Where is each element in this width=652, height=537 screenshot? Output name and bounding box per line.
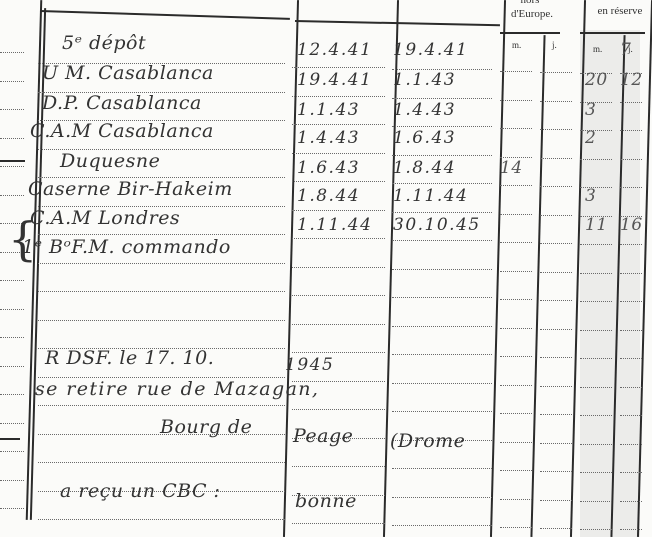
dotted-ruling — [500, 271, 532, 272]
row-to-date: 1.8.44 — [393, 158, 456, 178]
note-line3-a: Bourg de — [160, 416, 252, 438]
dotted-ruling — [620, 501, 642, 502]
dotted-ruling — [540, 443, 572, 444]
dotted-ruling — [580, 472, 612, 473]
dotted-ruling — [580, 444, 612, 445]
margin-ruling — [0, 480, 24, 481]
dotted-ruling — [38, 320, 285, 321]
dotted-ruling — [540, 471, 572, 472]
dotted-ruling — [540, 528, 572, 529]
dotted-ruling — [500, 299, 532, 300]
dotted-ruling — [500, 328, 532, 329]
dotted-ruling — [392, 525, 492, 526]
header-reserve: en réserve — [585, 5, 652, 17]
left-margin-line-2 — [0, 438, 20, 440]
dotted-ruling — [620, 472, 642, 473]
dotted-ruling — [292, 352, 385, 353]
dotted-ruling — [620, 102, 642, 103]
dotted-ruling — [292, 409, 385, 410]
margin-ruling — [0, 195, 24, 196]
dotted-ruling — [580, 358, 612, 359]
row-unit: U M. Casablanca — [42, 62, 214, 84]
row-to-date: 30.10.45 — [393, 215, 481, 235]
row-unit: D.P. Casablanca — [42, 92, 202, 114]
dotted-ruling — [580, 501, 612, 502]
dotted-ruling — [620, 159, 642, 160]
sub-europe-m: m. — [512, 40, 521, 50]
note-line2: se retire rue de Mazagan, — [35, 378, 319, 400]
row-to-date: 1.1.43 — [393, 70, 456, 90]
note-line4-a: a reçu un CBC : — [60, 480, 220, 502]
dotted-ruling — [392, 126, 492, 127]
dotted-ruling — [500, 100, 532, 101]
dotted-ruling — [500, 470, 532, 471]
left-margin-line — [0, 160, 25, 162]
note-line1-a: R DSF. le 17. 10. — [45, 347, 214, 369]
row-from-date: 19.4.41 — [297, 70, 372, 90]
dotted-ruling — [540, 129, 572, 130]
dotted-ruling — [620, 244, 642, 245]
dotted-ruling — [392, 240, 492, 241]
row-to-date: 1.11.44 — [393, 186, 468, 206]
dotted-ruling — [540, 357, 572, 358]
dotted-ruling — [292, 210, 385, 211]
dotted-ruling — [540, 329, 572, 330]
row-unit: 1ᵉ BᵒF.M. commando — [22, 236, 231, 258]
dotted-ruling — [540, 414, 572, 415]
header-underline-reserve — [580, 32, 645, 34]
dotted-ruling — [500, 242, 532, 243]
margin-ruling — [0, 508, 24, 509]
dotted-ruling — [580, 415, 612, 416]
row-unit: 5ᵉ dépôt — [62, 32, 146, 54]
dotted-ruling — [620, 130, 642, 131]
dotted-ruling — [580, 244, 612, 245]
margin-ruling — [0, 309, 24, 310]
note-line3-c: (Drome — [390, 430, 465, 452]
row-to-date: 19.4.41 — [393, 40, 468, 60]
row-unit: Caserne Bir-Hakeim — [28, 178, 233, 200]
dotted-ruling — [500, 185, 532, 186]
row-unit: C.A.M Casablanca — [30, 120, 214, 142]
dotted-ruling — [392, 212, 492, 213]
dotted-ruling — [38, 405, 285, 406]
dotted-ruling — [392, 98, 492, 99]
dotted-ruling — [500, 385, 532, 386]
row-reserve-days: 12 — [620, 70, 643, 90]
dotted-ruling — [38, 263, 285, 264]
dotted-ruling — [392, 497, 492, 498]
dotted-ruling — [580, 301, 612, 302]
dotted-ruling — [580, 387, 612, 388]
row-unit: C.A.M Londres — [30, 207, 180, 229]
margin-ruling — [0, 394, 24, 395]
row-from-date: 1.11.44 — [297, 215, 372, 235]
dotted-ruling — [38, 291, 285, 292]
grouping-brace: { — [8, 212, 37, 266]
dotted-ruling — [620, 301, 642, 302]
margin-ruling — [0, 366, 24, 367]
dotted-ruling — [540, 272, 572, 273]
dotted-ruling — [292, 466, 385, 467]
dotted-ruling — [392, 155, 492, 156]
margin-ruling — [0, 337, 24, 338]
note-line4-b: bonne — [295, 490, 357, 512]
dotted-ruling — [580, 330, 612, 331]
margin-ruling — [0, 166, 24, 167]
dotted-ruling — [540, 215, 572, 216]
dotted-ruling — [38, 462, 285, 463]
dotted-ruling — [392, 326, 492, 327]
dotted-ruling — [38, 234, 285, 235]
dotted-ruling — [540, 500, 572, 501]
dotted-ruling — [292, 238, 385, 239]
margin-ruling — [0, 138, 24, 139]
dotted-ruling — [292, 523, 385, 524]
dotted-ruling — [540, 243, 572, 244]
dotted-ruling — [500, 214, 532, 215]
row-unit: Duquesne — [60, 150, 160, 172]
col-divider-europe-mj — [530, 35, 545, 537]
dotted-ruling — [620, 330, 642, 331]
row-to-date: 1.6.43 — [393, 128, 456, 148]
dotted-ruling — [500, 413, 532, 414]
dotted-ruling — [540, 300, 572, 301]
dotted-ruling — [540, 386, 572, 387]
margin-ruling — [0, 423, 24, 424]
note-line3-b: Peage — [293, 425, 353, 447]
margin-ruling — [0, 52, 24, 53]
dotted-ruling — [500, 71, 532, 72]
dotted-ruling — [292, 267, 385, 268]
dotted-ruling — [292, 295, 385, 296]
dotted-ruling — [500, 442, 532, 443]
row-from-date: 12.4.41 — [297, 40, 372, 60]
row-from-date: 1.4.43 — [297, 128, 360, 148]
dotted-ruling — [540, 72, 572, 73]
row-reserve-months: 20 — [585, 70, 608, 90]
dotted-ruling — [620, 415, 642, 416]
dotted-ruling — [392, 183, 492, 184]
dotted-ruling — [620, 273, 642, 274]
row-from-date: 1.8.44 — [297, 186, 360, 206]
dotted-ruling — [292, 124, 385, 125]
dotted-ruling — [292, 181, 385, 182]
dotted-ruling — [292, 324, 385, 325]
margin-ruling — [0, 109, 24, 110]
col-divider-europe — [490, 0, 506, 537]
sub-reserve-m: m. — [593, 44, 602, 54]
header-europe-top: hors — [500, 0, 560, 6]
dotted-ruling — [292, 67, 385, 68]
dotted-ruling — [292, 153, 385, 154]
row-to-date: 1.4.43 — [393, 100, 456, 120]
dotted-ruling — [540, 186, 572, 187]
dotted-ruling — [392, 411, 492, 412]
dotted-ruling — [392, 383, 492, 384]
dotted-ruling — [620, 529, 642, 530]
dotted-ruling — [620, 187, 642, 188]
row-from-date: 1.1.43 — [297, 100, 360, 120]
sub-europe-j: j. — [552, 40, 557, 50]
row-reserve-months: 2 — [585, 128, 596, 148]
margin-ruling — [0, 81, 24, 82]
dotted-ruling — [500, 128, 532, 129]
row-from-date: 1.6.43 — [297, 158, 360, 178]
row-europe-months: 14 — [500, 158, 523, 178]
dotted-ruling — [292, 96, 385, 97]
dotted-ruling — [540, 158, 572, 159]
dotted-ruling — [540, 101, 572, 102]
header-europe: d'Europe. — [497, 8, 567, 20]
row-reserve-months: 11 — [585, 215, 608, 235]
dotted-ruling — [38, 519, 285, 520]
dotted-ruling — [392, 468, 492, 469]
dotted-ruling — [500, 499, 532, 500]
row-reserve-days: 16 — [620, 215, 643, 235]
row-reserve-months: 3 — [585, 100, 596, 120]
dotted-ruling — [392, 354, 492, 355]
header-underline-europe — [500, 32, 560, 34]
dotted-ruling — [500, 356, 532, 357]
margin-ruling — [0, 280, 24, 281]
dotted-ruling — [620, 387, 642, 388]
dotted-ruling — [620, 358, 642, 359]
top-border — [40, 10, 290, 19]
dotted-ruling — [392, 297, 492, 298]
row-reserve-days: 7 — [620, 40, 631, 60]
note-line1-b: 1945 — [285, 355, 334, 375]
row-reserve-months: 3 — [585, 186, 596, 206]
dotted-ruling — [580, 529, 612, 530]
dotted-ruling — [392, 269, 492, 270]
dotted-ruling — [580, 159, 612, 160]
dotted-ruling — [580, 273, 612, 274]
margin-ruling — [0, 451, 24, 452]
dotted-ruling — [500, 527, 532, 528]
dotted-ruling — [620, 444, 642, 445]
